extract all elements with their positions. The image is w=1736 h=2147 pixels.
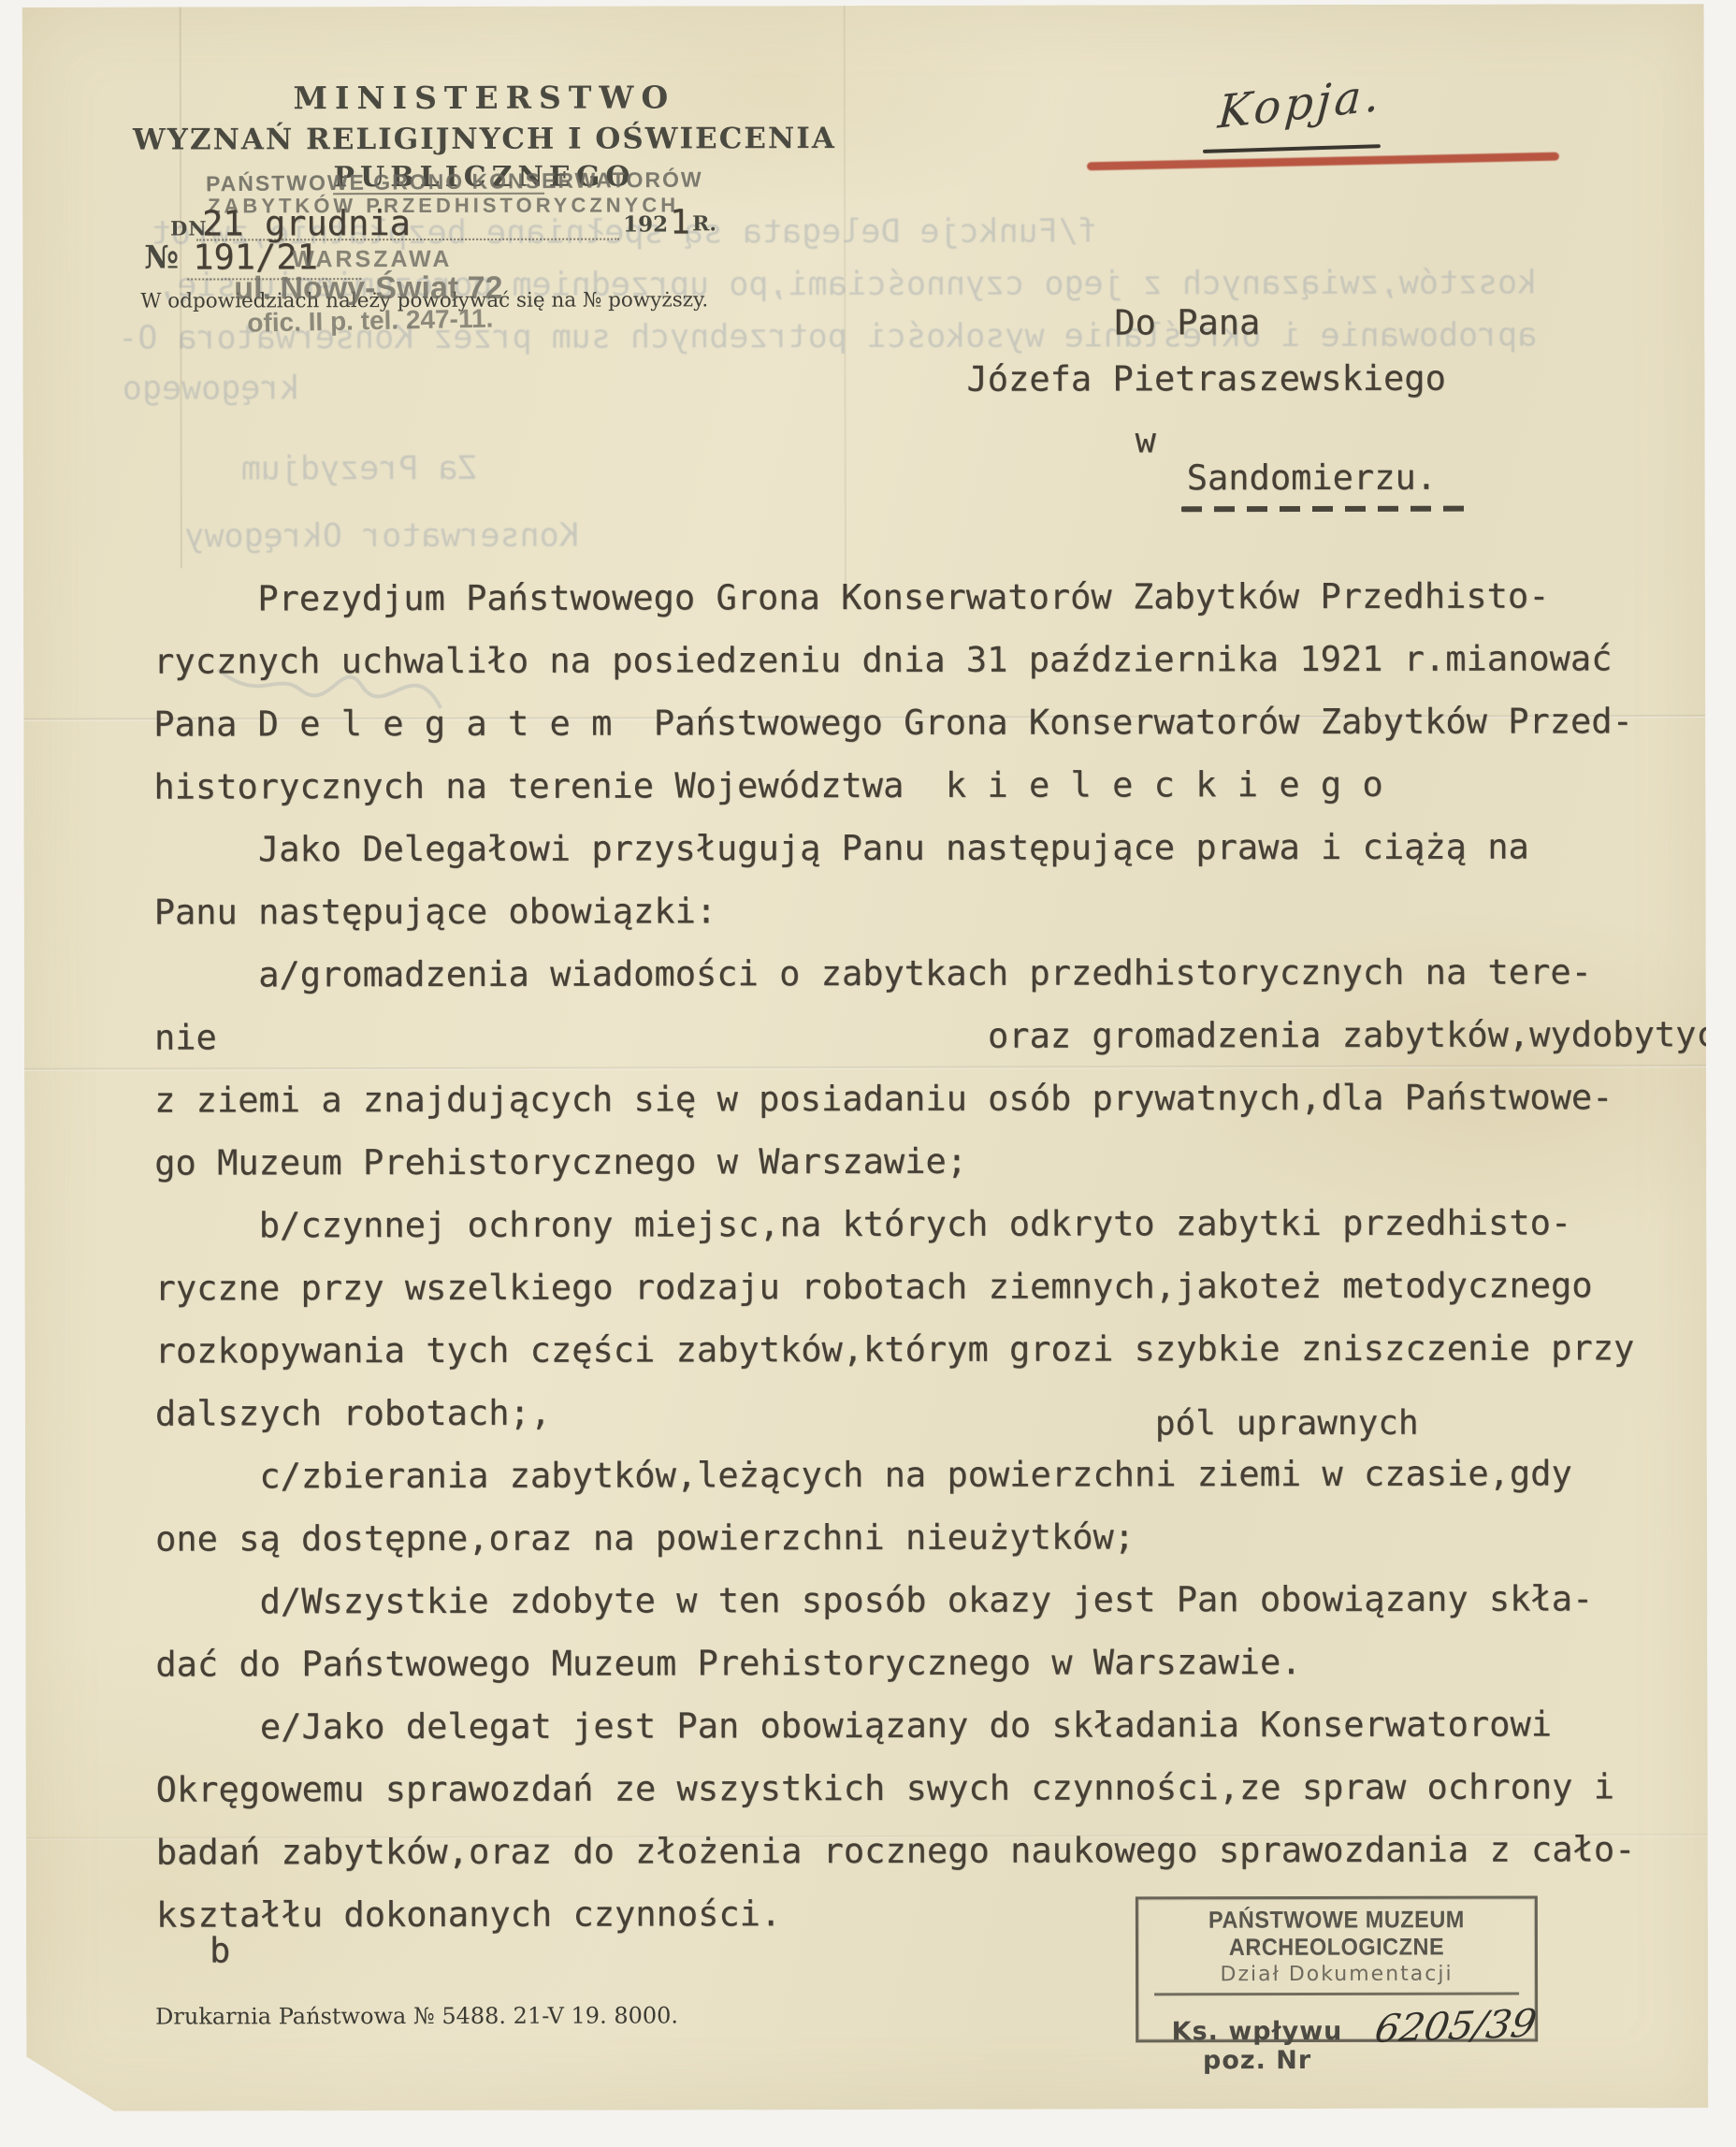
body-line: Jako Delegałowi przysługują Panu następu…	[153, 815, 1669, 880]
body-line: Panu następujące obowiązki:	[154, 878, 1670, 943]
interline-insertion: pól uprawnych	[1155, 1404, 1419, 1443]
numero-sign: №	[144, 239, 179, 277]
body-line: b/czynnej ochrony miejsc,na których odkr…	[154, 1191, 1670, 1256]
year-suffix: R.	[692, 211, 716, 236]
body-line: rycznych uchwaliło na posiedzeniu dnia 3…	[153, 627, 1669, 692]
copy-underline-red	[1087, 152, 1559, 171]
warsaw-stamp-phone: ofic. II p. tel. 247-11.	[247, 304, 494, 339]
body-line: d/Wszystkie zdobyte w ten sposób okazy j…	[155, 1567, 1671, 1632]
letter-body: Prezydjum Państwowego Grona Konserwatoró…	[153, 564, 1671, 1946]
scanned-document-page: { "letterhead": { "ministry_line1": "MIN…	[0, 0, 1736, 2147]
body-line: historycznych na terenie Województwa k i…	[153, 752, 1669, 818]
stray-typed-character: b	[210, 1930, 230, 1970]
copy-underline-black	[1203, 144, 1381, 153]
body-line: go Muzeum Prehistorycznego w Warszawie;	[154, 1128, 1670, 1194]
recipient-city: Sandomierzu.	[1187, 457, 1437, 499]
handwritten-copy-annotation: Kopja.	[1216, 68, 1384, 139]
body-line: c/zbierania zabytków,leżących na powierz…	[155, 1442, 1671, 1507]
receipt-stamp-divider	[1154, 1993, 1519, 1996]
receipt-entry-number-handwritten: 6205/39	[1371, 2001, 1540, 2052]
body-line: Okręgowemu sprawozdań ze wszystkich swyc…	[156, 1755, 1671, 1821]
ghost-bleedthrough-line: kręgowego	[120, 370, 299, 407]
body-line: rozkopywania tych części zabytków,którym…	[155, 1316, 1671, 1382]
printer-imprint-note: Drukarnia Państwowa № 5488. 21-V 19. 800…	[155, 2002, 678, 2029]
warsaw-stamp-city: WARSZAWA	[292, 246, 452, 273]
body-line: z ziemi a znajdujących się w posiadaniu …	[154, 1066, 1670, 1131]
recipient-preposition: w	[1136, 420, 1156, 460]
receipt-stamp-department: Dział Dokumentacji	[1138, 1963, 1535, 1987]
recipient-name: Józefa Pietraszewskiego	[966, 358, 1445, 399]
ministry-name-line2: WYZNAŃ RELIGIJNYCH I OŚWIECENIA	[120, 122, 849, 157]
body-line: one są dostępne,oraz na powierzchni nieu…	[155, 1504, 1671, 1570]
body-line: dać do Państwowego Muzeum Prehistoryczne…	[155, 1630, 1671, 1695]
body-line: e/Jako delegat jest Pan obowiązany do sk…	[155, 1692, 1671, 1758]
body-line: nie oraz gromadzenia zabytków,wydobytych	[154, 1003, 1670, 1068]
year-typed-digit: 1	[670, 203, 690, 241]
ministry-name-line1: MINISTERSTWO	[120, 79, 849, 117]
ghost-bleedthrough-line: Za Prezydjum	[233, 450, 478, 488]
body-line: Pana D e l e g a t e m Państwowego Grona…	[153, 689, 1669, 755]
receipt-entry-label: Ks. wpływu poz. Nr	[1151, 2017, 1363, 2075]
body-line: badań zabytków,oraz do złożenia rocznego…	[156, 1818, 1671, 1883]
body-line: a/gromadzenia wiadomości o zabytkach prz…	[154, 940, 1670, 1006]
body-line: ryczne przy wszelkiego rodzaju robotach …	[154, 1254, 1670, 1319]
ghost-bleedthrough-line: Konserwator Okręgowy	[182, 517, 579, 556]
year-printed: 192	[623, 211, 668, 237]
museum-receipt-stamp: PAŃSTWOWE MUZEUM ARCHEOLOGICZNE Dział Do…	[1136, 1895, 1538, 2042]
recipient-salutation: Do Pana	[1114, 302, 1260, 342]
recipient-dashed-underline	[1181, 506, 1467, 513]
warsaw-stamp-street: ul. Nowy-Świat 72	[234, 270, 502, 308]
paper-sheet: f/Funkcje Delegata są spełniane bezpłatn…	[22, 4, 1709, 2111]
receipt-stamp-institution: PAŃSTWOWE MUZEUM ARCHEOLOGICZNE	[1138, 1906, 1535, 1961]
body-line: Prezydjum Państwowego Grona Konserwatoró…	[153, 564, 1669, 630]
body-line: dalszych robotach;,	[155, 1379, 1671, 1444]
